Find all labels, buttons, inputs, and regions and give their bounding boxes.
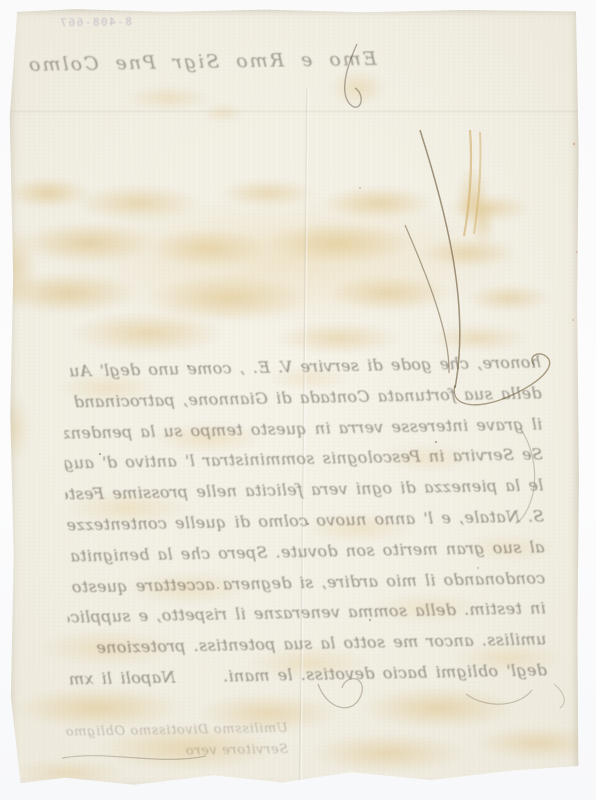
manuscript-page: 8-408-667 Emo e Rmo Sigr Pne Colmo honor…: [8, 8, 580, 791]
pen-flourishes: [8, 8, 580, 791]
bottom-swirl-1: [318, 679, 362, 708]
signature-underline: [62, 756, 206, 760]
bottom-swirl-2: [466, 690, 532, 704]
header-loop-flourish: [345, 44, 361, 107]
flourish-long-arc-1: [420, 130, 460, 388]
stain-stroke-1: [464, 130, 471, 236]
corner-mark: [554, 684, 564, 708]
scanner-background: 8-408-667 Emo e Rmo Sigr Pne Colmo honor…: [0, 0, 596, 800]
margin-loop-flourish: [516, 428, 535, 524]
flourish-curl: [454, 354, 549, 405]
flourish-long-arc-2: [405, 225, 449, 373]
stain-stroke-2: [474, 132, 481, 234]
